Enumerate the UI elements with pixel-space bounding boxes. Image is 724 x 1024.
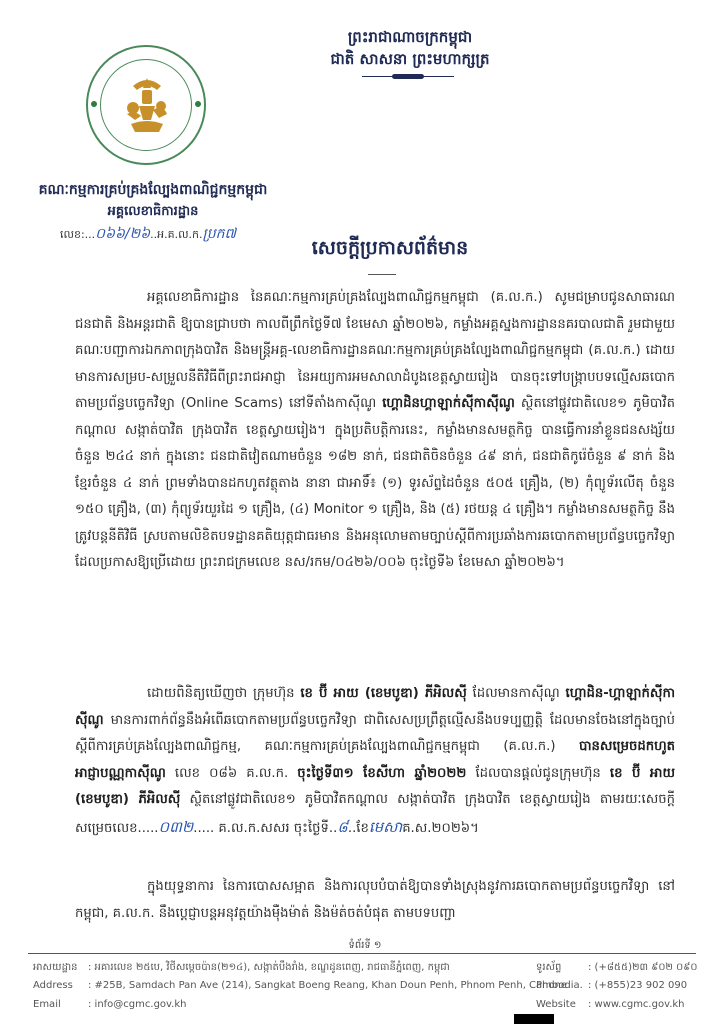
handwritten-decision-number: ០៣២ bbox=[158, 818, 193, 836]
department-name: អគ្គលេខាធិការដ្ឋាន bbox=[8, 203, 298, 222]
phone-kh-label: ទូរស័ព្ទ bbox=[536, 960, 584, 975]
reference-number: លេខ:...០៦៦/២៦..អ.គ.ល.ក.ប្រក៧ bbox=[60, 224, 236, 245]
website-link[interactable]: : www.cgmc.gov.kh bbox=[588, 999, 685, 1010]
p2-text-h: ..ខែ bbox=[348, 821, 369, 836]
email-link[interactable]: : info@cgmc.gov.kh bbox=[88, 999, 186, 1010]
flower-icon bbox=[195, 101, 201, 107]
ornament-divider bbox=[362, 74, 454, 80]
phone-en: : (+855)23 902 090 bbox=[588, 980, 687, 991]
kingdom-heading: ព្រះរាជាណាចក្រកម្ពុជា bbox=[280, 28, 540, 50]
flower-icon bbox=[91, 101, 97, 107]
p1-text-b: ស្ថិតនៅផ្លូវជាតិលេខ១ ភូមិបាវិតកណ្តាល សង្… bbox=[75, 396, 675, 570]
address-en-label: Address bbox=[33, 980, 85, 991]
cgmc-logo bbox=[86, 45, 206, 165]
license-date: ចុះថ្ងៃទី៣១ ខែសីហា ឆ្នាំ២០២២ bbox=[297, 766, 466, 781]
handwritten-month: មេសា bbox=[369, 818, 402, 836]
p1-text-a: អគ្គលេខាធិការដ្ឋាន នៃគណៈកម្មការគ្រប់គ្រង… bbox=[75, 290, 675, 411]
address-kh: : អគារលេខ ២៥បេ, វិថីសម្តេចប៉ាន(២១៤), សង្… bbox=[88, 960, 450, 975]
paragraph-1: អគ្គលេខាធិការដ្ឋាន នៃគណៈកម្មការគ្រប់គ្រង… bbox=[75, 285, 675, 577]
email-label: Email bbox=[33, 999, 85, 1010]
address-en: : #25B, Samdach Pan Ave (214), Sangkat B… bbox=[88, 980, 583, 991]
p2-text-a: ដោយពិនិត្យឃើញថា ក្រុមហ៊ុន bbox=[147, 686, 300, 701]
p2-text-d: លេខ ០៨៦ គ.ល.ក. bbox=[166, 766, 297, 781]
casino-name: ហ្គោដិនហ្គាឡាក់ស៊ីកាស៊ីណូ bbox=[382, 396, 515, 411]
ref-suffix: ..អ.គ.ល.ក. bbox=[150, 228, 202, 241]
page-number: ទំព័រទី ១ bbox=[340, 938, 390, 953]
p3-text: ក្នុងយុទ្ធនាការ នៃការបោសសម្អាត និងការលុប… bbox=[75, 879, 675, 921]
title-divider bbox=[368, 274, 396, 275]
redaction-box bbox=[514, 1014, 554, 1024]
emblem-icon bbox=[123, 74, 171, 136]
p2-text-e: ដែលបានផ្តល់ជូនក្រុមហ៊ុន bbox=[466, 766, 610, 781]
organization-name: គណៈកម្មការគ្រប់គ្រងល្បែងពាណិជ្ជកម្មកម្ពុ… bbox=[8, 180, 298, 201]
nation-motto: ជាតិ សាសនា ព្រះមហាក្សត្រ bbox=[280, 50, 540, 72]
website-label: Website bbox=[536, 999, 584, 1010]
ref-prefix: លេខ:... bbox=[60, 228, 95, 241]
p2-text-i: គ.ស.២០២៦។ bbox=[402, 821, 479, 836]
ref-handwritten-tail: ប្រក៧ bbox=[203, 226, 236, 242]
paragraph-2: ដោយពិនិត្យឃើញថា ក្រុមហ៊ុន ខេ ប៊ី អាយ (ខេ… bbox=[75, 681, 675, 842]
document-title: សេចក្តីប្រកាសព័ត៌មាន bbox=[280, 236, 500, 264]
phone-kh: : (+៨៥៥)២៣ ៩០២ ០៩០ bbox=[588, 960, 697, 975]
handwritten-day: ៨ bbox=[337, 818, 348, 836]
p2-text-b: ដែលមានកាស៊ីណូ bbox=[467, 686, 566, 701]
ref-handwritten-number: ០៦៦/២៦ bbox=[95, 226, 150, 242]
company-name: ខេ ប៊ី អាយ (ខេមបូឌា) ភីអិលស៊ី bbox=[300, 686, 466, 701]
phone-en-label: Phone bbox=[536, 980, 584, 991]
p2-text-g: ..... គ.ល.ក.សសរ ចុះថ្ងៃទី.. bbox=[193, 821, 337, 836]
footer-divider bbox=[28, 953, 696, 954]
paragraph-3: ក្នុងយុទ្ធនាការ នៃការបោសសម្អាត និងការលុប… bbox=[75, 874, 675, 927]
address-kh-label: អាសយដ្ឋាន bbox=[33, 960, 85, 975]
